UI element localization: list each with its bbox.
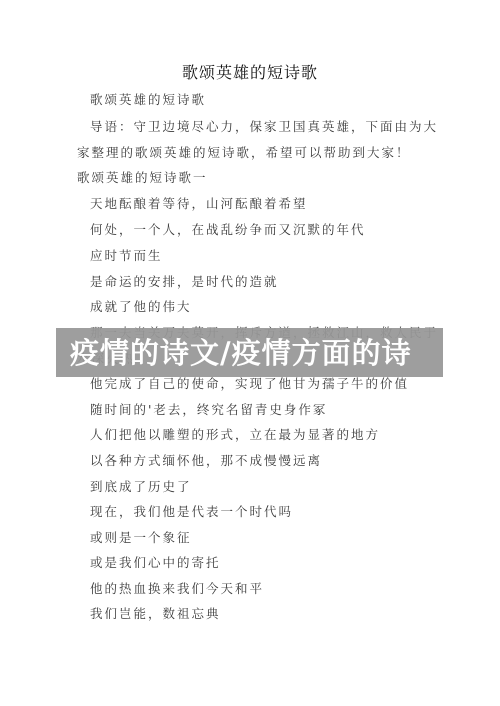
text-line: 天地酝酿着等待，山河酝酿着希望	[90, 195, 308, 213]
banner-title: 疫情的诗文/疫情方面的诗	[70, 333, 412, 373]
text-line: 随时间的'老去，终究名留青史身作冢	[90, 401, 327, 419]
section-heading: 歌颂英雄的短诗歌一	[77, 169, 208, 187]
text-line: 应时节而生	[90, 247, 163, 265]
text-line: 家整理的歌颂英雄的短诗歌，希望可以帮助到大家！	[77, 144, 411, 162]
text-line: 以各种方式缅怀他，那不成慢慢远离	[90, 452, 322, 470]
text-line: 何处，一个人，在战乱纷争而又沉默的年代	[90, 221, 366, 239]
text-line: 现在，我们他是代表一个时代吗	[90, 503, 293, 521]
text-line: 他的热血换来我们今天和平	[90, 580, 264, 598]
text-line: 是命运的安排，是时代的造就	[90, 273, 279, 291]
text-line: 他完成了自己的使命，实现了他甘为孺子牛的价值	[90, 375, 409, 393]
text-line: 或则是一个象征	[90, 529, 192, 547]
text-line: 到底成了历史了	[90, 478, 192, 496]
text-line: 歌颂英雄的短诗歌	[90, 91, 206, 109]
text-line: 或是我们心中的寄托	[90, 554, 221, 572]
document-title: 歌颂英雄的短诗歌	[0, 62, 500, 84]
text-line: 成就了他的伟大	[90, 298, 192, 316]
text-line: 人们把他以雕塑的形式，立在最为显著的地方	[90, 426, 380, 444]
text-line: 导语：守卫边境尽心力，保家卫国真英雄，下面由为大	[90, 118, 438, 136]
text-line: 我们岂能，数祖忘典	[90, 605, 221, 623]
document-page: 歌颂英雄的短诗歌 歌颂英雄的短诗歌 导语：守卫边境尽心力，保家卫国真英雄，下面由…	[0, 0, 500, 706]
